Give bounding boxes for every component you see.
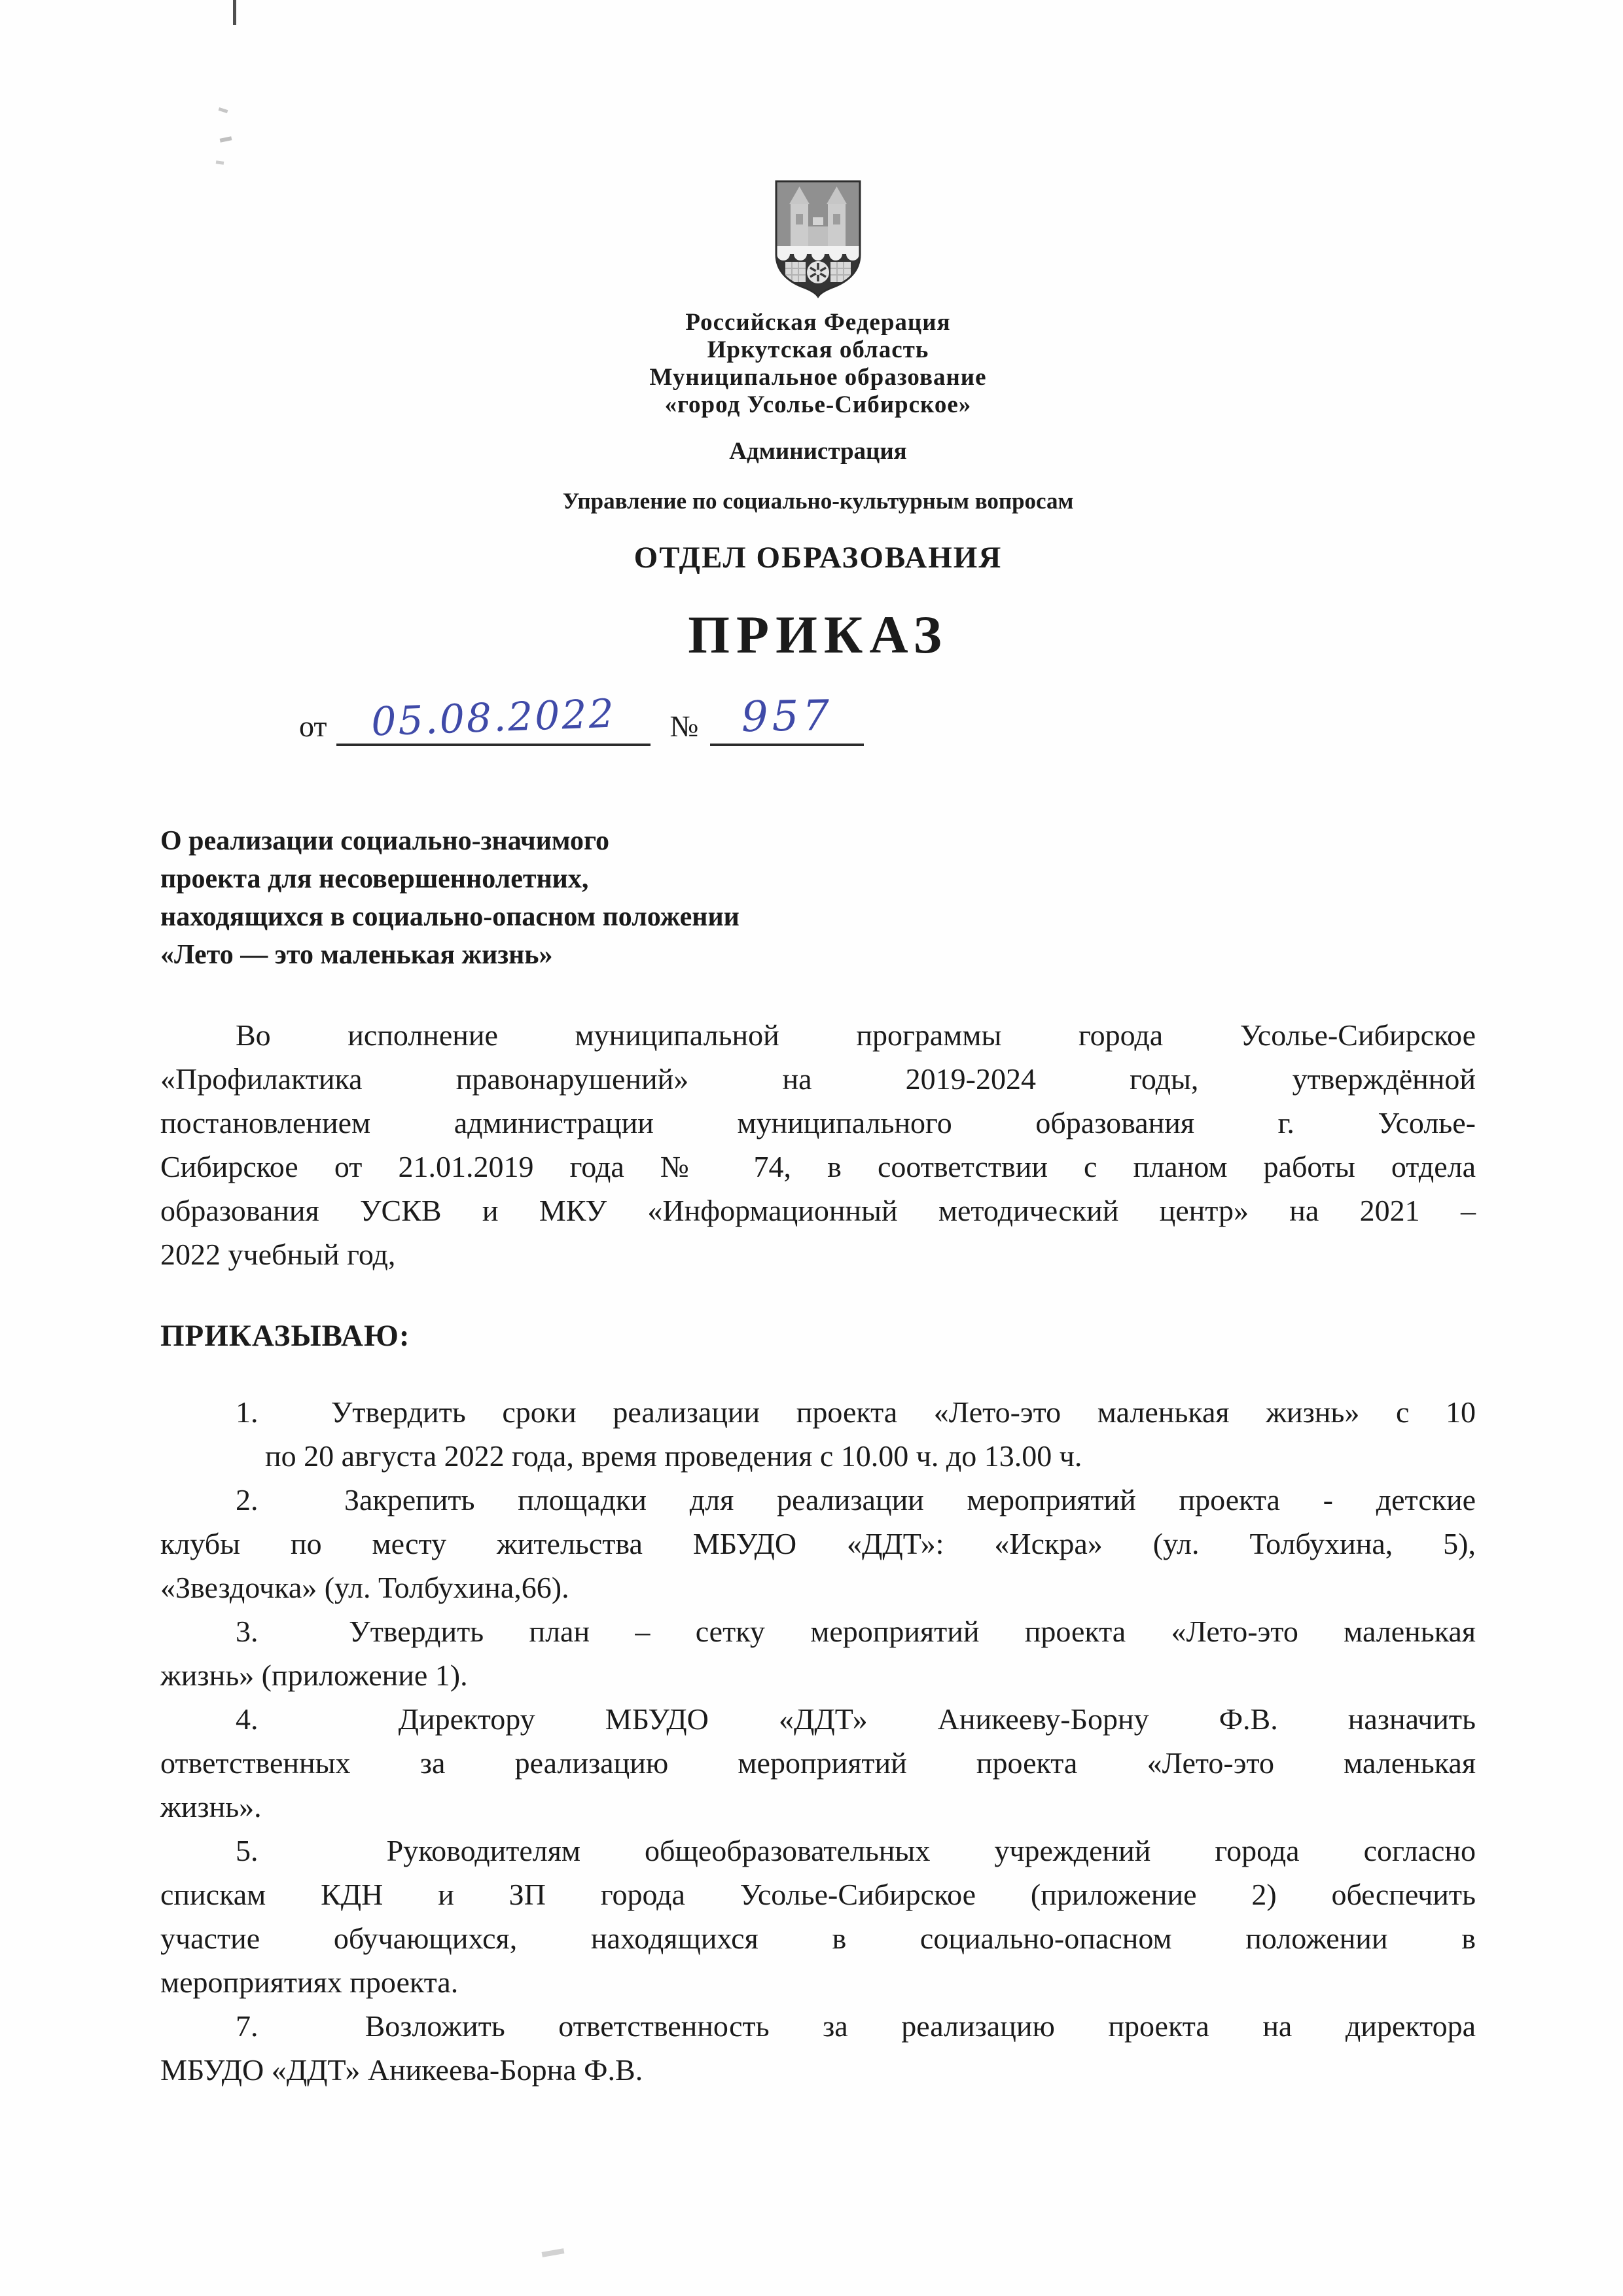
preamble-paragraph: Во исполнение муниципальной программы го…: [160, 1013, 1476, 1276]
preamble-line: «Профилактика правонарушений» на 2019-20…: [160, 1057, 1476, 1101]
preamble-line: 2022 учебный год,: [160, 1232, 1476, 1276]
date-from-label: от: [299, 709, 327, 746]
item-line: 3. Утвердить план – сетку мероприятий пр…: [160, 1609, 1476, 1653]
item-line: 2. Закрепить площадки для реализации мер…: [160, 1478, 1476, 1522]
letterhead-city: «город Усолье-Сибирское»: [160, 391, 1476, 419]
item-line: 4. Директору МБУДО «ДДТ» Аникееву-Борну …: [160, 1697, 1476, 1741]
letterhead-country: Российская Федерация: [160, 309, 1476, 336]
date-number-row: от 05.08.2022 № 957: [160, 700, 1476, 746]
preamble-line: образования УСКВ и МКУ «Информационный м…: [160, 1189, 1476, 1232]
preamble-line: Во исполнение муниципальной программы го…: [160, 1013, 1476, 1057]
item-line: МБУДО «ДДТ» Аникеева-Борна Ф.В.: [160, 2048, 1476, 2092]
handwritten-date: 05.08.2022: [370, 691, 616, 745]
item-line: «Звездочка» (ул. Толбухина,66).: [160, 1566, 1476, 1609]
item-line: спискам КДН и ЗП города Усолье-Сибирское…: [160, 1873, 1476, 1916]
order-item-4: 4. Директору МБУДО «ДДТ» Аникееву-Борну …: [160, 1697, 1476, 1829]
order-item-2: 2. Закрепить площадки для реализации мер…: [160, 1478, 1476, 1609]
letterhead-municipality: Муниципальное образование: [160, 364, 1476, 391]
handwritten-number: 957: [741, 692, 833, 742]
subject-line: О реализации социально-значимого: [160, 822, 1476, 860]
preamble-line: постановлением администрации муниципальн…: [160, 1101, 1476, 1145]
coat-of-arms-icon: [772, 178, 865, 300]
letterhead-division: ОТДЕЛ ОБРАЗОВАНИЯ: [160, 541, 1476, 575]
subject-block: О реализации социально-значимого проекта…: [160, 822, 1476, 974]
item-line: участие обучающихся, находящихся в социа…: [160, 1916, 1476, 1960]
item-line: мероприятиях проекта.: [160, 1960, 1476, 2004]
number-blank-line: 957: [710, 700, 864, 746]
letterhead-region: Иркутская область: [160, 336, 1476, 364]
item-line: клубы по месту жительства МБУДО «ДДТ»: «…: [160, 1522, 1476, 1566]
document-type-title: ПРИКАЗ: [160, 605, 1476, 665]
subject-line: проекта для несовершеннолетних,: [160, 860, 1476, 898]
order-keyword: ПРИКАЗЫВАЮ:: [160, 1318, 1476, 1354]
letterhead-department: Управление по социально-культурным вопро…: [160, 488, 1476, 514]
order-item-1: 1. Утвердить сроки реализации проекта «Л…: [160, 1390, 1476, 1478]
number-sign-label: №: [670, 709, 699, 746]
order-item-7: 7. Возложить ответственность за реализац…: [160, 2004, 1476, 2092]
order-items: 1. Утвердить сроки реализации проекта «Л…: [160, 1390, 1476, 2092]
subject-line: находящихся в социально-опасном положени…: [160, 898, 1476, 936]
item-line: по 20 августа 2022 года, время проведени…: [160, 1434, 1476, 1478]
order-item-5: 5. Руководителям общеобразовательных учр…: [160, 1829, 1476, 2004]
preamble-line: Сибирское от 21.01.2019 года № 74, в соо…: [160, 1145, 1476, 1189]
scan-artifact: [542, 2248, 565, 2257]
date-blank-line: 05.08.2022: [336, 700, 651, 746]
item-line: жизнь» (приложение 1).: [160, 1653, 1476, 1697]
scanned-order-document: Российская Федерация Иркутская область М…: [0, 0, 1623, 2296]
subject-line: «Лето — это маленькая жизнь»: [160, 936, 1476, 974]
item-line: 1. Утвердить сроки реализации проекта «Л…: [160, 1390, 1476, 1434]
item-line: ответственных за реализацию мероприятий …: [160, 1741, 1476, 1785]
item-line: 5. Руководителям общеобразовательных учр…: [160, 1829, 1476, 1873]
item-line: жизнь».: [160, 1785, 1476, 1829]
order-item-3: 3. Утвердить план – сетку мероприятий пр…: [160, 1609, 1476, 1697]
letterhead-administration: Администрация: [160, 439, 1476, 465]
item-line: 7. Возложить ответственность за реализац…: [160, 2004, 1476, 2048]
document-content: Российская Федерация Иркутская область М…: [160, 0, 1476, 2092]
